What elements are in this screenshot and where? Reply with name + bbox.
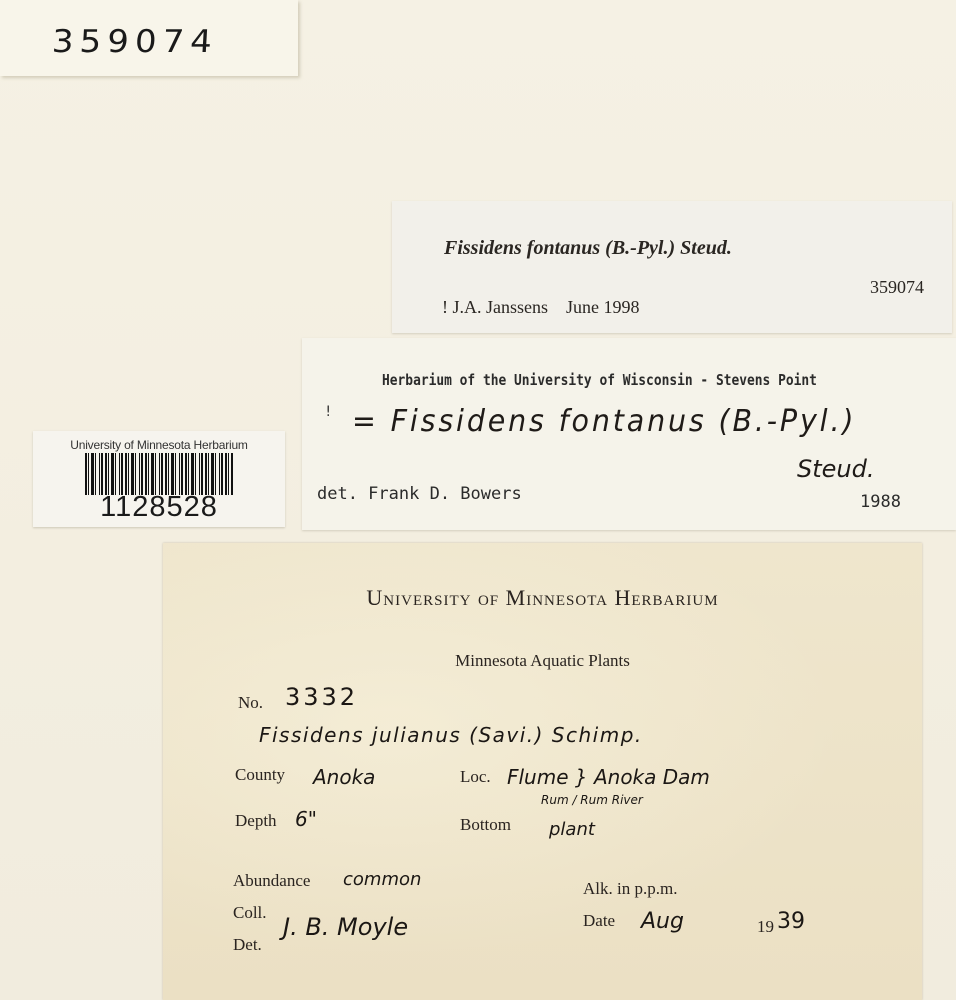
collector-label: Coll. xyxy=(233,903,267,923)
label-title: University of Minnesota Herbarium xyxy=(163,585,922,611)
determiner-name: det. Frank D. Bowers xyxy=(317,484,522,504)
collection-number: 3332 xyxy=(285,683,358,711)
barcode-icon xyxy=(85,453,233,495)
locality-value: Flume } Anoka Dam xyxy=(507,765,710,789)
depth-label: Depth xyxy=(235,811,277,831)
collector-value: J. B. Moyle xyxy=(283,913,408,941)
taxon-name: Fissidens fontanus (B.-Pyl.) Steud. xyxy=(444,237,732,260)
accession-number-slip: 359074 xyxy=(0,0,298,76)
janssens-determination-label: Fissidens fontanus (B.-Pyl.) Steud. 3590… xyxy=(392,201,952,333)
wisconsin-annotation-label: Herbarium of the University of Wisconsin… xyxy=(302,338,956,530)
barcode-institution: University of Minnesota Herbarium xyxy=(33,438,285,452)
accession-number-handwritten: 359074 xyxy=(51,24,219,61)
abundance-value: common xyxy=(343,869,421,890)
depth-value: 6" xyxy=(295,807,317,831)
alkalinity-label: Alk. in p.p.m. xyxy=(583,879,677,899)
county-label: County xyxy=(235,765,285,785)
barcode-number: 1128528 xyxy=(33,491,285,524)
confirmation-mark: ! xyxy=(324,404,332,420)
determination-year: 1988 xyxy=(860,492,901,512)
determiner-label: Det. xyxy=(233,935,262,955)
date-year-prefix: 19 xyxy=(757,917,774,937)
accession-number: 359074 xyxy=(870,277,924,298)
no-label: No. xyxy=(238,693,263,713)
handwritten-original-taxon: Fissidens julianus (Savi.) Schimp. xyxy=(259,723,643,747)
barcode-label: University of Minnesota Herbarium 112852… xyxy=(33,431,285,527)
bottom-label: Bottom xyxy=(460,815,511,835)
label-subtitle: Minnesota Aquatic Plants xyxy=(163,651,922,671)
county-value: Anoka xyxy=(313,765,375,789)
bottom-value: plant xyxy=(549,819,595,840)
abundance-label: Abundance xyxy=(233,871,310,891)
locality-value-sub: Rum / Rum River xyxy=(541,793,643,807)
date-label: Date xyxy=(583,911,615,931)
date-year-value: 39 xyxy=(777,909,805,934)
handwritten-taxon: = Fissidens fontanus (B.-Pyl.) xyxy=(352,404,856,439)
locality-label: Loc. xyxy=(460,767,491,787)
herbarium-header: Herbarium of the University of Wisconsin… xyxy=(382,371,817,389)
minnesota-collection-label: University of Minnesota Herbarium Minnes… xyxy=(163,543,922,1000)
determiner-line: ! J.A. Janssens June 1998 xyxy=(442,297,640,318)
handwritten-author: Steud. xyxy=(797,455,874,483)
date-month-value: Aug xyxy=(641,909,684,934)
